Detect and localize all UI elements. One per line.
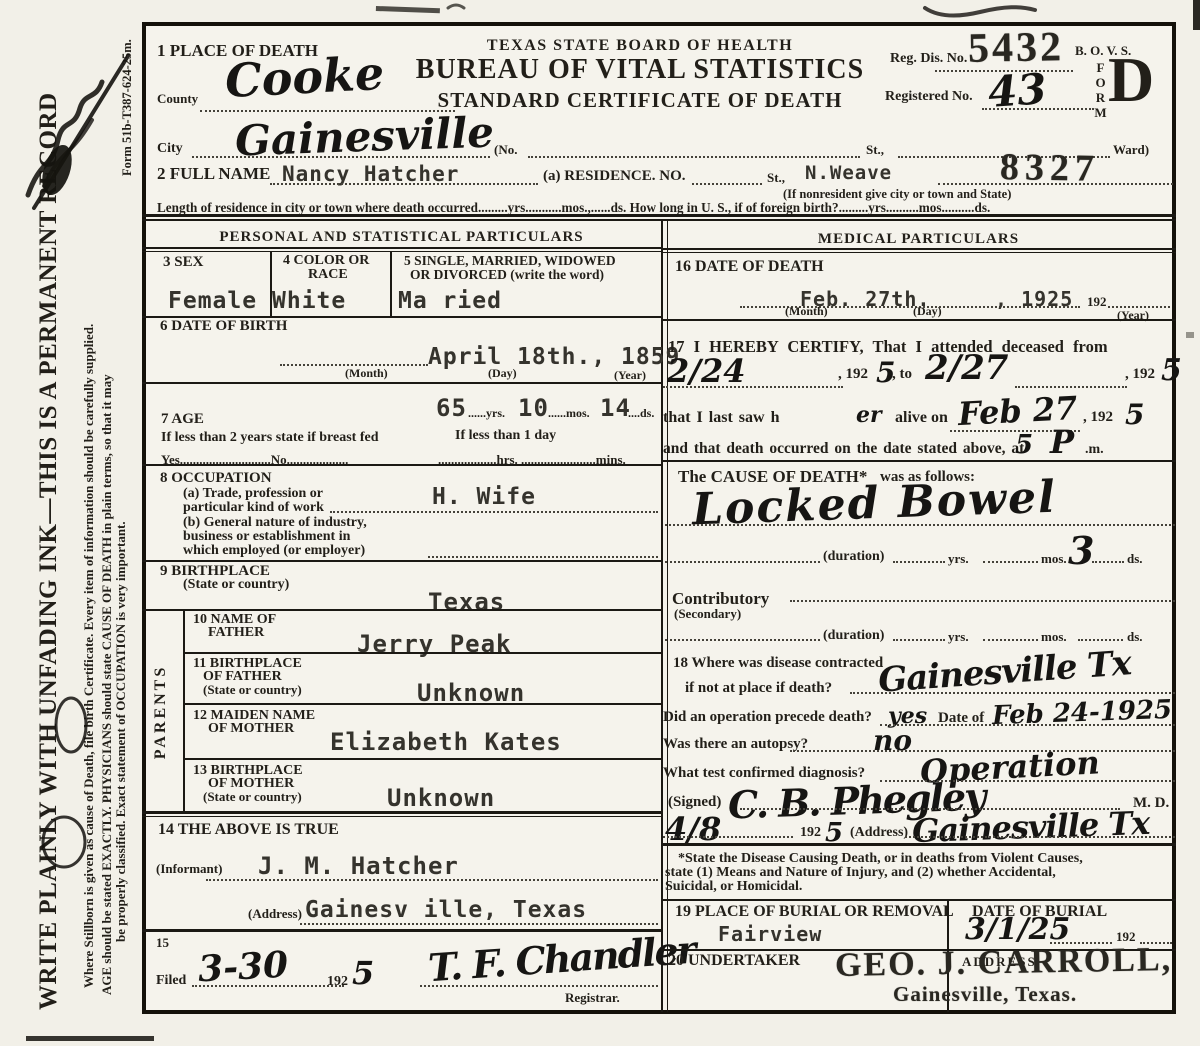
county-value-handwritten: Cooke bbox=[224, 46, 386, 108]
color-race-label-2: RACE bbox=[308, 268, 348, 283]
margin-note-classified: be properly classified. Exact statement … bbox=[114, 460, 128, 942]
rule bbox=[142, 816, 661, 817]
rule bbox=[661, 248, 1176, 250]
death-time-handwritten: 5 bbox=[1015, 430, 1033, 460]
date-of-birth-value: April 18th., 1859 bbox=[428, 344, 680, 370]
rule bbox=[142, 247, 661, 249]
rule bbox=[661, 460, 1176, 462]
rule bbox=[528, 156, 860, 158]
death-ampm-handwritten: P bbox=[1050, 423, 1074, 461]
less-than-day-label: If less than 1 day bbox=[455, 429, 556, 444]
rule bbox=[192, 985, 344, 987]
time-m-label: .m. bbox=[1085, 443, 1104, 458]
board-title: TEXAS STATE BOARD OF HEALTH bbox=[390, 38, 890, 55]
age-months-unit: ......mos. bbox=[548, 407, 590, 420]
residence-number-stamp: 8327 bbox=[1000, 145, 1101, 191]
rule bbox=[390, 252, 392, 316]
filed-year-preprint: 192 bbox=[327, 975, 348, 990]
form-word-vertical: FORM bbox=[1094, 60, 1106, 132]
rule bbox=[661, 319, 1176, 321]
duration-days-handwritten: 3 bbox=[1068, 528, 1094, 573]
rule bbox=[661, 221, 663, 1012]
informant-address-label: (Address) bbox=[248, 907, 302, 921]
rule bbox=[420, 985, 658, 987]
undertaker-stamp-city: Gainesville, Texas. bbox=[893, 982, 1077, 1007]
age-years-value: 65 bbox=[436, 394, 467, 422]
residence-label: (a) RESIDENCE. NO. bbox=[543, 169, 686, 185]
rule bbox=[880, 724, 1175, 726]
last-saw-year-preprint: , 192 bbox=[1083, 410, 1113, 426]
date-of-birth-label: 6 DATE OF BIRTH bbox=[160, 319, 287, 335]
mother-name-label-2: OF MOTHER bbox=[208, 722, 294, 737]
father-birthplace-label-3: (State or country) bbox=[203, 683, 302, 697]
informant-label: (Informant) bbox=[156, 862, 222, 876]
marital-value: Ma ried bbox=[398, 288, 502, 314]
secondary-label: (Secondary) bbox=[674, 607, 741, 621]
death-occurred-line: and that death occurred on the date stat… bbox=[663, 441, 1024, 457]
rule bbox=[665, 561, 820, 563]
rule bbox=[661, 899, 1176, 901]
where-contracted-label-2: if not at place if death? bbox=[685, 681, 832, 697]
rule bbox=[428, 556, 658, 558]
occupation-label: 8 OCCUPATION bbox=[160, 471, 272, 487]
rule bbox=[330, 511, 658, 513]
rule bbox=[1015, 386, 1127, 388]
place-of-burial-value: Fairview bbox=[718, 922, 822, 946]
signed-address-label: (Address) bbox=[850, 826, 908, 841]
alive-on-label: alive on bbox=[895, 410, 948, 427]
item15-label: 15 bbox=[156, 936, 169, 950]
rule bbox=[665, 524, 1175, 526]
mother-birthplace-value: Unknown bbox=[387, 784, 495, 812]
filed-date-handwritten: 3-30 bbox=[197, 944, 289, 991]
rule bbox=[270, 183, 538, 185]
margin-note-age-exactly: AGE should be stated EXACTLY. PHYSICIANS… bbox=[100, 87, 114, 995]
rule bbox=[142, 251, 661, 252]
last-saw-year-handwritten: 5 bbox=[1125, 398, 1144, 431]
duration2-yrs-label: yrs. bbox=[948, 630, 969, 644]
occupation-b-label-3: which employed (or employer) bbox=[183, 544, 365, 559]
to-year-handwritten: 5 bbox=[1161, 353, 1182, 388]
rule bbox=[142, 382, 661, 384]
death-year-preprint: 192 bbox=[1087, 295, 1107, 309]
attended-from-handwritten: 2/24 bbox=[667, 352, 745, 390]
informant-address-value: Gainesv ille, Texas bbox=[305, 897, 587, 923]
rule bbox=[692, 183, 762, 185]
place-of-burial-label: 19 PLACE OF BURIAL OR REMOVAL bbox=[675, 904, 954, 921]
death-month-caption: (Month) bbox=[785, 305, 828, 318]
duration-yrs-label: yrs. bbox=[948, 552, 969, 566]
duration-ds-label: ds. bbox=[1127, 552, 1143, 566]
house-number-label: (No. bbox=[494, 143, 517, 157]
rule bbox=[663, 836, 793, 838]
margin-note-permanent-record: WRITE PLAINLY WITH UNFADING INK—THIS IS … bbox=[36, 70, 62, 1010]
sex-value: Female bbox=[168, 288, 257, 314]
rule bbox=[206, 879, 658, 881]
age-years-unit: ......yrs. bbox=[468, 407, 505, 420]
registrar-label: Registrar. bbox=[565, 991, 620, 1005]
birthplace-sub-label: (State or country) bbox=[183, 578, 289, 593]
father-name-label-2: FATHER bbox=[208, 626, 264, 641]
to-year-preprint: , 192 bbox=[1125, 367, 1155, 383]
ward-label: Ward) bbox=[1113, 143, 1149, 157]
footnote-line-3: Suicidal, or Homicidal. bbox=[665, 880, 802, 895]
rule bbox=[142, 464, 661, 466]
duration2-label: (duration) bbox=[823, 629, 884, 644]
rule bbox=[142, 811, 661, 814]
duration2-mos-label: mos. bbox=[1041, 630, 1067, 644]
registered-number-handwritten: 43 bbox=[986, 64, 1048, 117]
rule bbox=[661, 252, 1176, 253]
age-days-value: 14 bbox=[600, 394, 631, 422]
undertaker-stamp-name: GEO. J. CARROLL, bbox=[835, 941, 1173, 985]
signed-label: (Signed) bbox=[668, 795, 721, 811]
rule bbox=[790, 600, 1175, 602]
last-saw-pronoun-handwritten: er bbox=[856, 402, 882, 428]
attended-to-handwritten: 2/27 bbox=[925, 348, 1008, 388]
rule bbox=[983, 639, 1038, 641]
date-of-death-year-value: , 1925 bbox=[995, 287, 1073, 311]
autopsy-answer-handwritten: no bbox=[873, 724, 912, 757]
rule bbox=[142, 929, 661, 932]
county-label: County bbox=[157, 92, 198, 106]
to-label: , to bbox=[892, 367, 912, 383]
rule bbox=[142, 609, 661, 611]
street-label: St., bbox=[866, 143, 884, 157]
medical-section-title: MEDICAL PARTICULARS bbox=[661, 232, 1176, 248]
day-caption: (Day) bbox=[488, 367, 517, 380]
bureau-title: BUREAU OF VITAL STATISTICS bbox=[370, 55, 910, 84]
sex-label: 3 SEX bbox=[163, 255, 203, 271]
rule bbox=[850, 692, 1175, 694]
operation-question-label: Did an operation precede death? bbox=[663, 710, 872, 726]
rule bbox=[300, 923, 658, 925]
date-of-death-label: 16 DATE OF DEATH bbox=[675, 259, 824, 276]
informant-value: J. M. Hatcher bbox=[258, 852, 459, 880]
rule bbox=[665, 639, 820, 641]
above-is-true-label: 14 THE ABOVE IS TRUE bbox=[158, 822, 339, 839]
rule bbox=[142, 560, 661, 562]
filed-label: Filed bbox=[156, 974, 186, 989]
age-label: 7 AGE bbox=[161, 412, 204, 428]
color-race-value: White bbox=[272, 288, 346, 314]
rule bbox=[893, 561, 945, 563]
month-caption: (Month) bbox=[345, 367, 388, 380]
form-letter-d: D bbox=[1108, 48, 1154, 112]
year-caption: (Year) bbox=[614, 369, 646, 382]
rule bbox=[905, 836, 1175, 838]
length-of-residence-line: Length of residence in city or town wher… bbox=[157, 201, 990, 215]
death-certificate-scan: WRITE PLAINLY WITH UNFADING INK—THIS IS … bbox=[0, 0, 1200, 1046]
duration2-ds-label: ds. bbox=[1127, 630, 1143, 644]
rule bbox=[183, 758, 661, 760]
rule bbox=[1078, 639, 1123, 641]
margin-note-stillborn: Where Stillborn is given as cause of Dea… bbox=[82, 83, 96, 988]
registered-number-label: Registered No. bbox=[885, 90, 973, 105]
age-months-value: 10 bbox=[518, 394, 549, 422]
mother-name-value: Elizabeth Kates bbox=[330, 728, 562, 756]
death-day-caption: (Day) bbox=[913, 305, 942, 318]
breastfed-label: If less than 2 years state if breast fed bbox=[161, 431, 379, 446]
parents-vertical-label: PARENTS bbox=[153, 611, 170, 813]
residence-street-label: St., bbox=[767, 171, 785, 185]
rule bbox=[1092, 561, 1124, 563]
personal-section-title: PERSONAL AND STATISTICAL PARTICULARS bbox=[142, 230, 661, 246]
rule bbox=[142, 214, 1176, 217]
city-label: City bbox=[157, 142, 183, 157]
duration-label: (duration) bbox=[823, 550, 884, 565]
mother-birthplace-label-3: (State or country) bbox=[203, 790, 302, 804]
rule bbox=[192, 156, 490, 158]
rule bbox=[661, 843, 1176, 846]
residence-value: N.Weave bbox=[805, 162, 892, 184]
rule bbox=[983, 561, 1038, 563]
occupation-value: H. Wife bbox=[432, 484, 536, 510]
rule bbox=[183, 703, 661, 705]
duration-mos-label: mos. bbox=[1041, 552, 1067, 566]
autopsy-question-label: Was there an autopsy? bbox=[663, 737, 808, 753]
rule bbox=[663, 386, 843, 388]
rule bbox=[183, 609, 185, 812]
filed-year-handwritten: 5 bbox=[352, 954, 374, 992]
where-contracted-label-1: 18 Where was disease contracted bbox=[673, 656, 883, 672]
signed-year-preprint: 192 bbox=[800, 826, 821, 841]
rule bbox=[142, 219, 1176, 221]
undertaker-label: 20 UNDERTAKER bbox=[668, 953, 800, 970]
rule bbox=[183, 652, 661, 654]
margin-form-number: Form 51b-T387-624-25m. bbox=[121, 26, 134, 176]
rule bbox=[893, 639, 945, 641]
marital-label-2: OR DIVORCED (write the word) bbox=[410, 268, 604, 282]
full-name-label: 2 FULL NAME bbox=[157, 165, 270, 183]
age-days-unit: ....ds. bbox=[628, 407, 654, 420]
reg-district-label: Reg. Dis. No. bbox=[890, 52, 967, 67]
last-saw-line: that I last saw h bbox=[663, 410, 779, 427]
from-year-preprint: , 192 bbox=[838, 367, 868, 383]
occupation-a-label-2: particular kind of work bbox=[183, 501, 324, 516]
birthplace-value: Texas bbox=[428, 588, 505, 616]
